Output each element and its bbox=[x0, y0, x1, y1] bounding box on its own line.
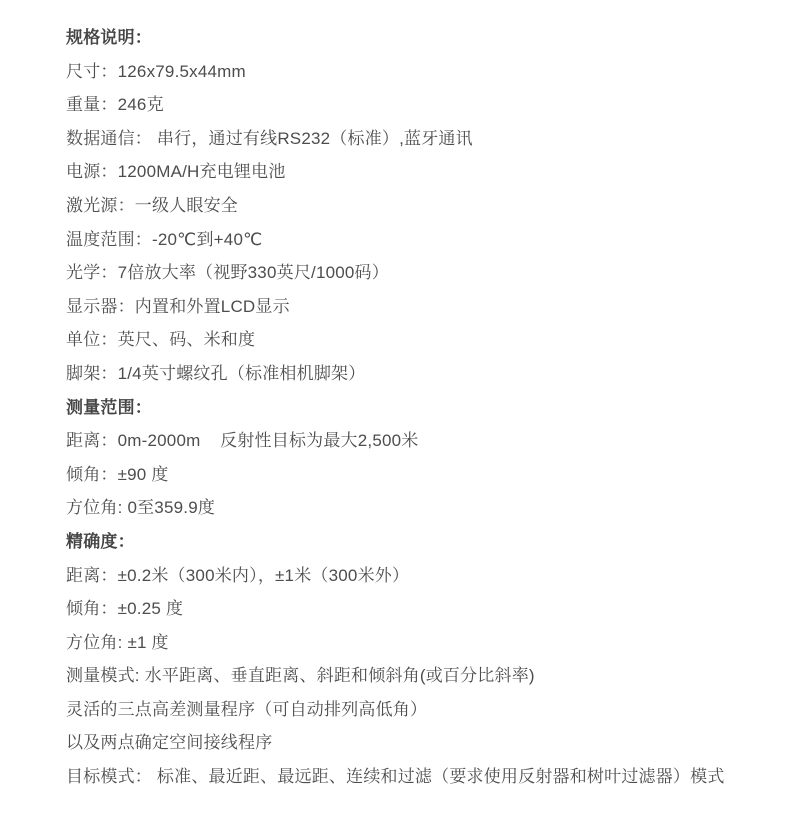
section-heading-specifications: 规格说明： bbox=[66, 21, 770, 55]
product-spec-document: 规格说明： 尺寸：126x79.5x44mm 重量：246克 数据通信： 串行，… bbox=[0, 0, 790, 828]
accuracy-line-inclination: 倾角：±0.25 度 bbox=[66, 592, 770, 626]
accuracy-line-two-point-program: 以及两点确定空间接线程序 bbox=[66, 726, 770, 760]
accuracy-line-measure-modes: 测量模式: 水平距离、垂直距离、斜距和倾斜角(或百分比斜率) bbox=[66, 659, 770, 693]
spec-line-laser-source: 激光源：一级人眼安全 bbox=[66, 189, 770, 223]
spec-line-dimensions: 尺寸：126x79.5x44mm bbox=[66, 55, 770, 89]
spec-line-temp-range: 温度范围：-20℃到+40℃ bbox=[66, 223, 770, 257]
spec-line-power: 电源：1200MA/H充电锂电池 bbox=[66, 155, 770, 189]
range-line-distance: 距离：0m-2000m 反射性目标为最大2,500米 bbox=[66, 424, 770, 458]
spec-line-tripod: 脚架：1/4英寸螺纹孔（标准相机脚架） bbox=[66, 357, 770, 391]
section-heading-accuracy: 精确度： bbox=[66, 525, 770, 559]
accuracy-line-distance: 距离：±0.2米（300米内），±1米（300米外） bbox=[66, 559, 770, 593]
accuracy-line-height-program: 灵活的三点高差测量程序（可自动排列高低角） bbox=[66, 693, 770, 727]
accuracy-line-azimuth: 方位角: ±1 度 bbox=[66, 626, 770, 660]
spec-line-display: 显示器：内置和外置LCD显示 bbox=[66, 290, 770, 324]
spec-line-weight: 重量：246克 bbox=[66, 88, 770, 122]
range-line-azimuth: 方位角: 0至359.9度 bbox=[66, 491, 770, 525]
spec-line-data-comm: 数据通信： 串行，通过有线RS232（标准）,蓝牙通讯 bbox=[66, 122, 770, 156]
spec-line-optics: 光学：7倍放大率（视野330英尺/1000码） bbox=[66, 256, 770, 290]
accuracy-line-target-modes: 目标模式： 标准、最近距、最远距、连续和过滤（要求使用反射器和树叶过滤器）模式 bbox=[66, 760, 770, 794]
section-heading-measure-range: 测量范围： bbox=[66, 391, 770, 425]
range-line-inclination: 倾角：±90 度 bbox=[66, 458, 770, 492]
spec-line-units: 单位：英尺、码、米和度 bbox=[66, 323, 770, 357]
